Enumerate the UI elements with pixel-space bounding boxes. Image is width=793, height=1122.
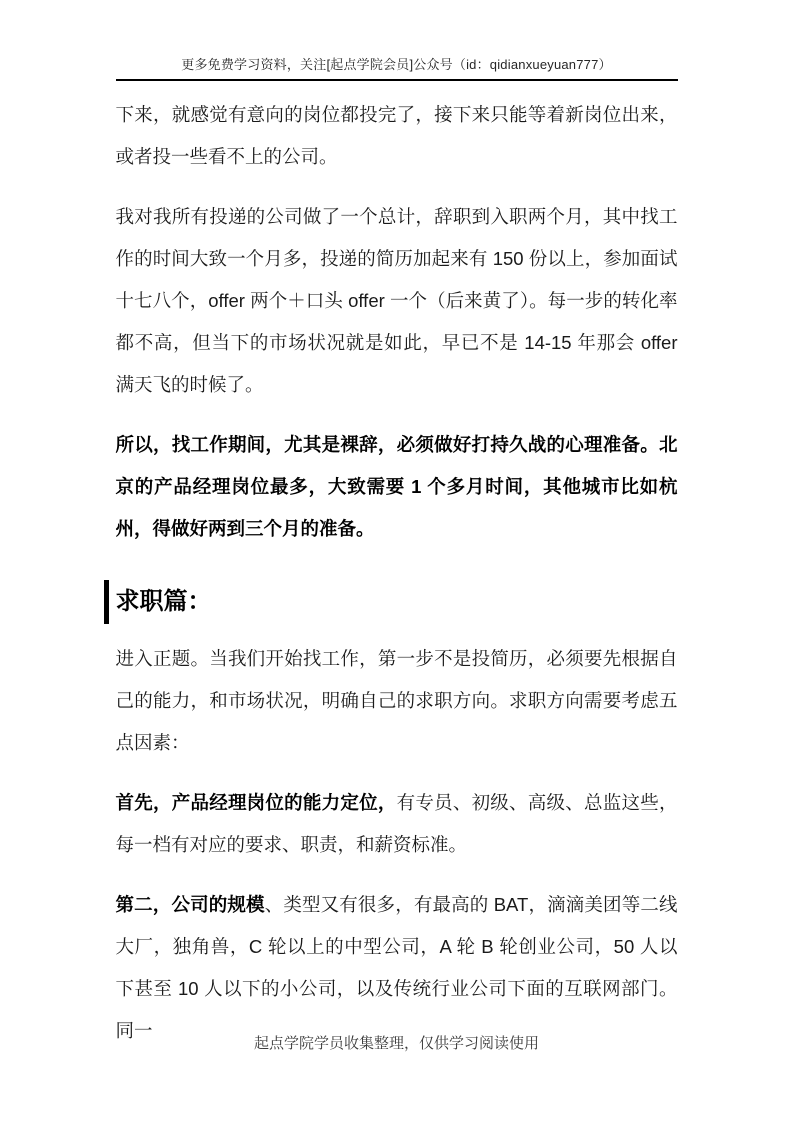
body-paragraph: 第二，公司的规模、类型又有很多，有最高的 BAT，滴滴美团等二线大厂，独角兽，C… xyxy=(116,884,678,1052)
text-run: 我对我所有投递的公司做了一个总计，辞职到入职两个月，其中找工作的时间大致一个月多… xyxy=(116,206,678,395)
page-header: 更多免费学习资料，关注[起点学院会员]公众号（id：qidianxueyuan7… xyxy=(116,0,678,81)
section-heading: 求职篇： xyxy=(104,580,678,624)
body-paragraph: 下来，就感觉有意向的岗位都投完了，接下来只能等着新岗位出来，或者投一些看不上的公… xyxy=(116,94,678,178)
text-run: 、类型又有很多，有最高的 BAT，滴滴美团等二线大厂，独角兽，C 轮以上的中型公… xyxy=(116,894,678,1041)
document-page: 更多免费学习资料，关注[起点学院会员]公众号（id：qidianxueyuan7… xyxy=(0,0,793,1122)
bold-text-run: 求职篇： xyxy=(116,588,212,615)
text-run: 进入正题。当我们开始找工作，第一步不是投简历，必须要先根据自己的能力，和市场状况… xyxy=(116,648,678,753)
page-footer: 起点学院学员收集整理，仅供学习阅读使用 xyxy=(0,1033,793,1054)
body-paragraph: 我对我所有投递的公司做了一个总计，辞职到入职两个月，其中找工作的时间大致一个月多… xyxy=(116,196,678,406)
bold-text-run: 所以，找工作期间，尤其是裸辞，必须做好打持久战的心理准备。北京的产品经理岗位最多… xyxy=(116,434,678,539)
body-paragraph: 首先，产品经理岗位的能力定位，有专员、初级、高级、总监这些，每一档有对应的要求、… xyxy=(116,782,678,866)
document-body: 下来，就感觉有意向的岗位都投完了，接下来只能等着新岗位出来，或者投一些看不上的公… xyxy=(116,94,678,1052)
body-paragraph: 进入正题。当我们开始找工作，第一步不是投简历，必须要先根据自己的能力，和市场状况… xyxy=(116,638,678,764)
text-run: 下来，就感觉有意向的岗位都投完了，接下来只能等着新岗位出来，或者投一些看不上的公… xyxy=(116,104,678,167)
bold-text-run: 第二，公司的规模 xyxy=(116,894,265,915)
body-paragraph: 所以，找工作期间，尤其是裸辞，必须做好打持久战的心理准备。北京的产品经理岗位最多… xyxy=(116,424,678,550)
bold-text-run: 首先，产品经理岗位的能力定位， xyxy=(116,792,397,813)
